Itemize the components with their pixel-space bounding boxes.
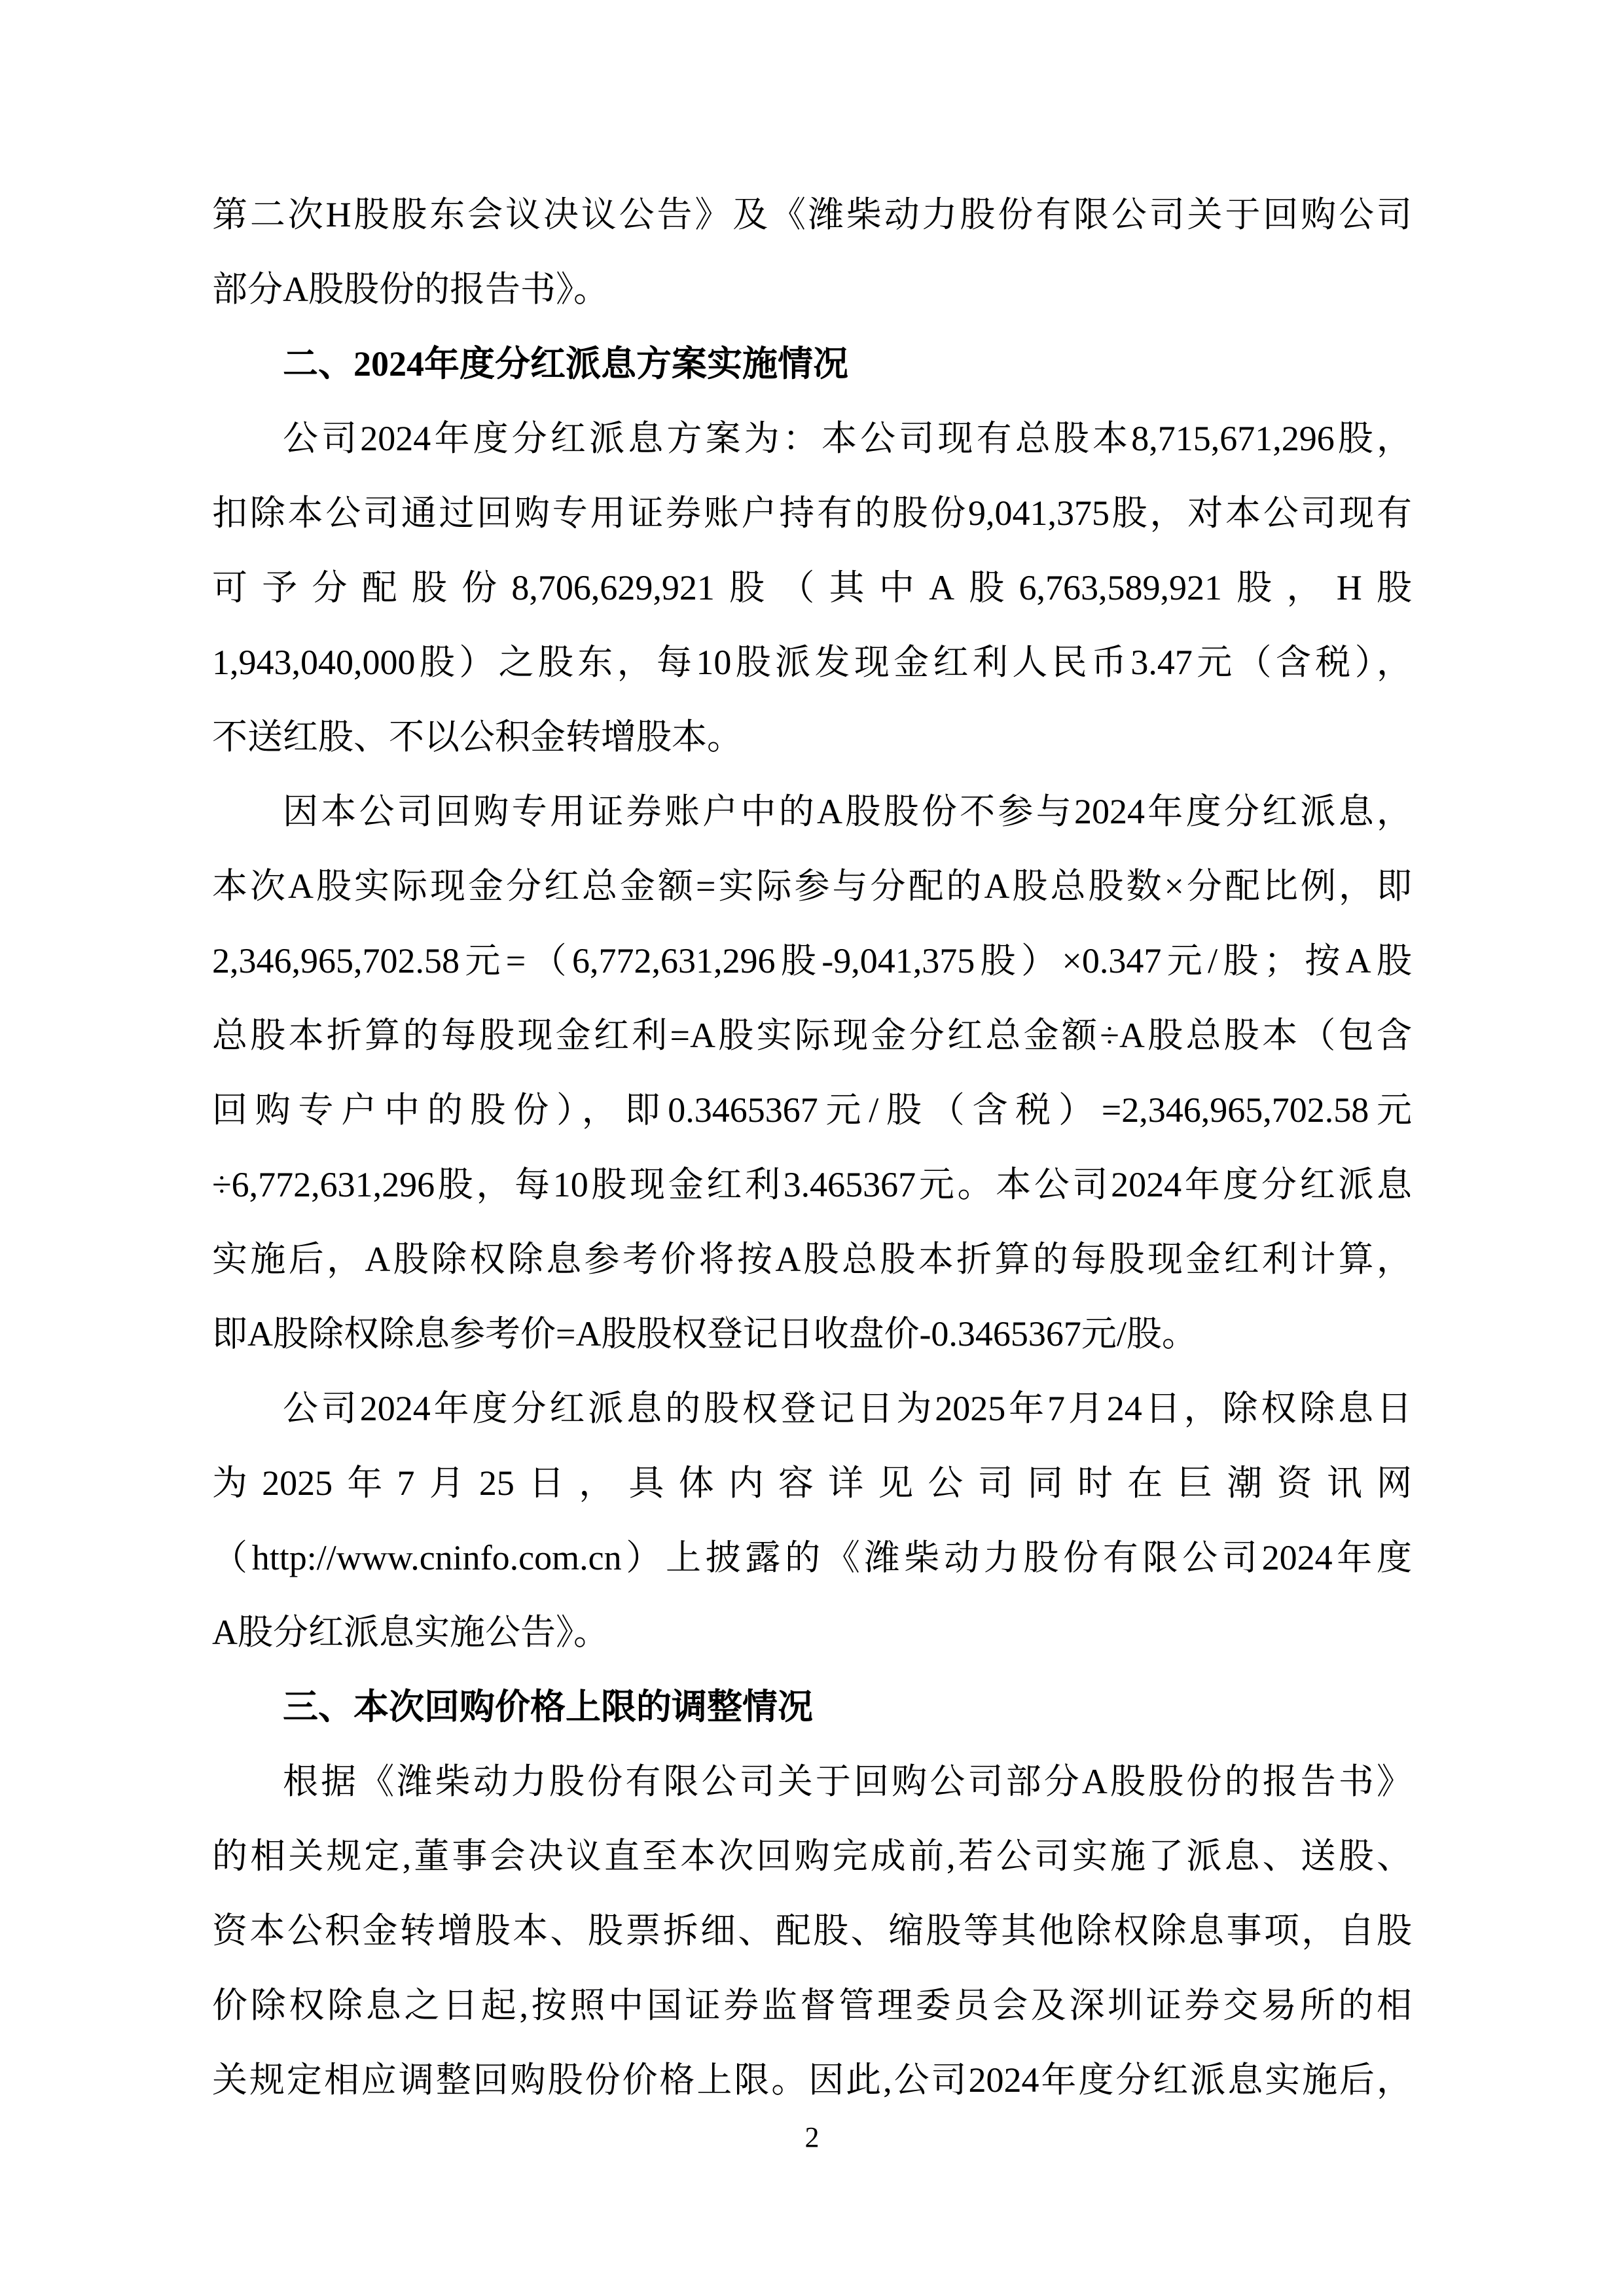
body-line: 2,346,965,702.58元=（6,772,631,296股-9,041,…: [212, 924, 1412, 998]
body-line: 的相关规定,董事会决议直至本次回购完成前,若公司实施了派息、送股、: [212, 1819, 1412, 1893]
document-body: 第二次H股股东会议决议公告》及《潍柴动力股份有限公司关于回购公司 部分A股股份的…: [212, 177, 1412, 2117]
body-line: 根据《潍柴动力股份有限公司关于回购公司部分A股股份的报告书》: [212, 1744, 1412, 1819]
body-line: 资本公积金转增股本、股票拆细、配股、缩股等其他除权除息事项，自股: [212, 1893, 1412, 1968]
body-line: 公司2024年度分红派息方案为：本公司现有总股本8,715,671,296股，: [212, 401, 1412, 476]
body-line: A股分红派息实施公告》。: [212, 1595, 1412, 1670]
body-line: 第二次H股股东会议决议公告》及《潍柴动力股份有限公司关于回购公司: [212, 177, 1412, 252]
document-page: 第二次H股股东会议决议公告》及《潍柴动力股份有限公司关于回购公司 部分A股股份的…: [0, 0, 1624, 2296]
body-line: 扣除本公司通过回购专用证券账户持有的股份9,041,375股，对本公司现有: [212, 476, 1412, 550]
section-heading: 三、本次回购价格上限的调整情况: [212, 1670, 1412, 1744]
body-line: ÷6,772,631,296股，每10股现金红利3.465367元。本公司202…: [212, 1147, 1412, 1222]
body-line: 回购专户中的股份），即0.3465367元/股（含税）=2,346,965,70…: [212, 1073, 1412, 1147]
section-heading: 二、2024年度分红派息方案实施情况: [212, 327, 1412, 401]
page-number: 2: [0, 2119, 1624, 2156]
body-line: 即A股除权除息参考价=A股股权登记日收盘价-0.3465367元/股。: [212, 1297, 1412, 1371]
body-line-url: （http://www.cninfo.com.cn）上披露的《潍柴动力股份有限公…: [212, 1520, 1412, 1595]
body-line: 因本公司回购专用证券账户中的A股股份不参与2024年度分红派息，: [212, 774, 1412, 849]
body-line: 不送红股、不以公积金转增股本。: [212, 700, 1412, 774]
body-line: 实施后，A股除权除息参考价将按A股总股本折算的每股现金红利计算，: [212, 1222, 1412, 1297]
body-line: 公司2024年度分红派息的股权登记日为2025年7月24日，除权除息日: [212, 1371, 1412, 1446]
body-line: 1,943,040,000股）之股东，每10股派发现金红利人民币3.47元（含税…: [212, 625, 1412, 700]
body-line: 关规定相应调整回购股份价格上限。因此,公司2024年度分红派息实施后，: [212, 2043, 1412, 2117]
body-line: 总股本折算的每股现金红利=A股实际现金分红总金额÷A股总股本（包含: [212, 998, 1412, 1073]
body-line: 部分A股股份的报告书》。: [212, 252, 1412, 327]
body-line: 价除权除息之日起,按照中国证券监督管理委员会及深圳证券交易所的相: [212, 1968, 1412, 2043]
body-line: 本次A股实际现金分红总金额=实际参与分配的A股总股数×分配比例，即: [212, 849, 1412, 924]
body-line: 为2025年7月25日，具体内容详见公司同时在巨潮资讯网: [212, 1446, 1412, 1520]
body-line: 可予分配股份8,706,629,921股（其中A股6,763,589,921股，…: [212, 550, 1412, 625]
